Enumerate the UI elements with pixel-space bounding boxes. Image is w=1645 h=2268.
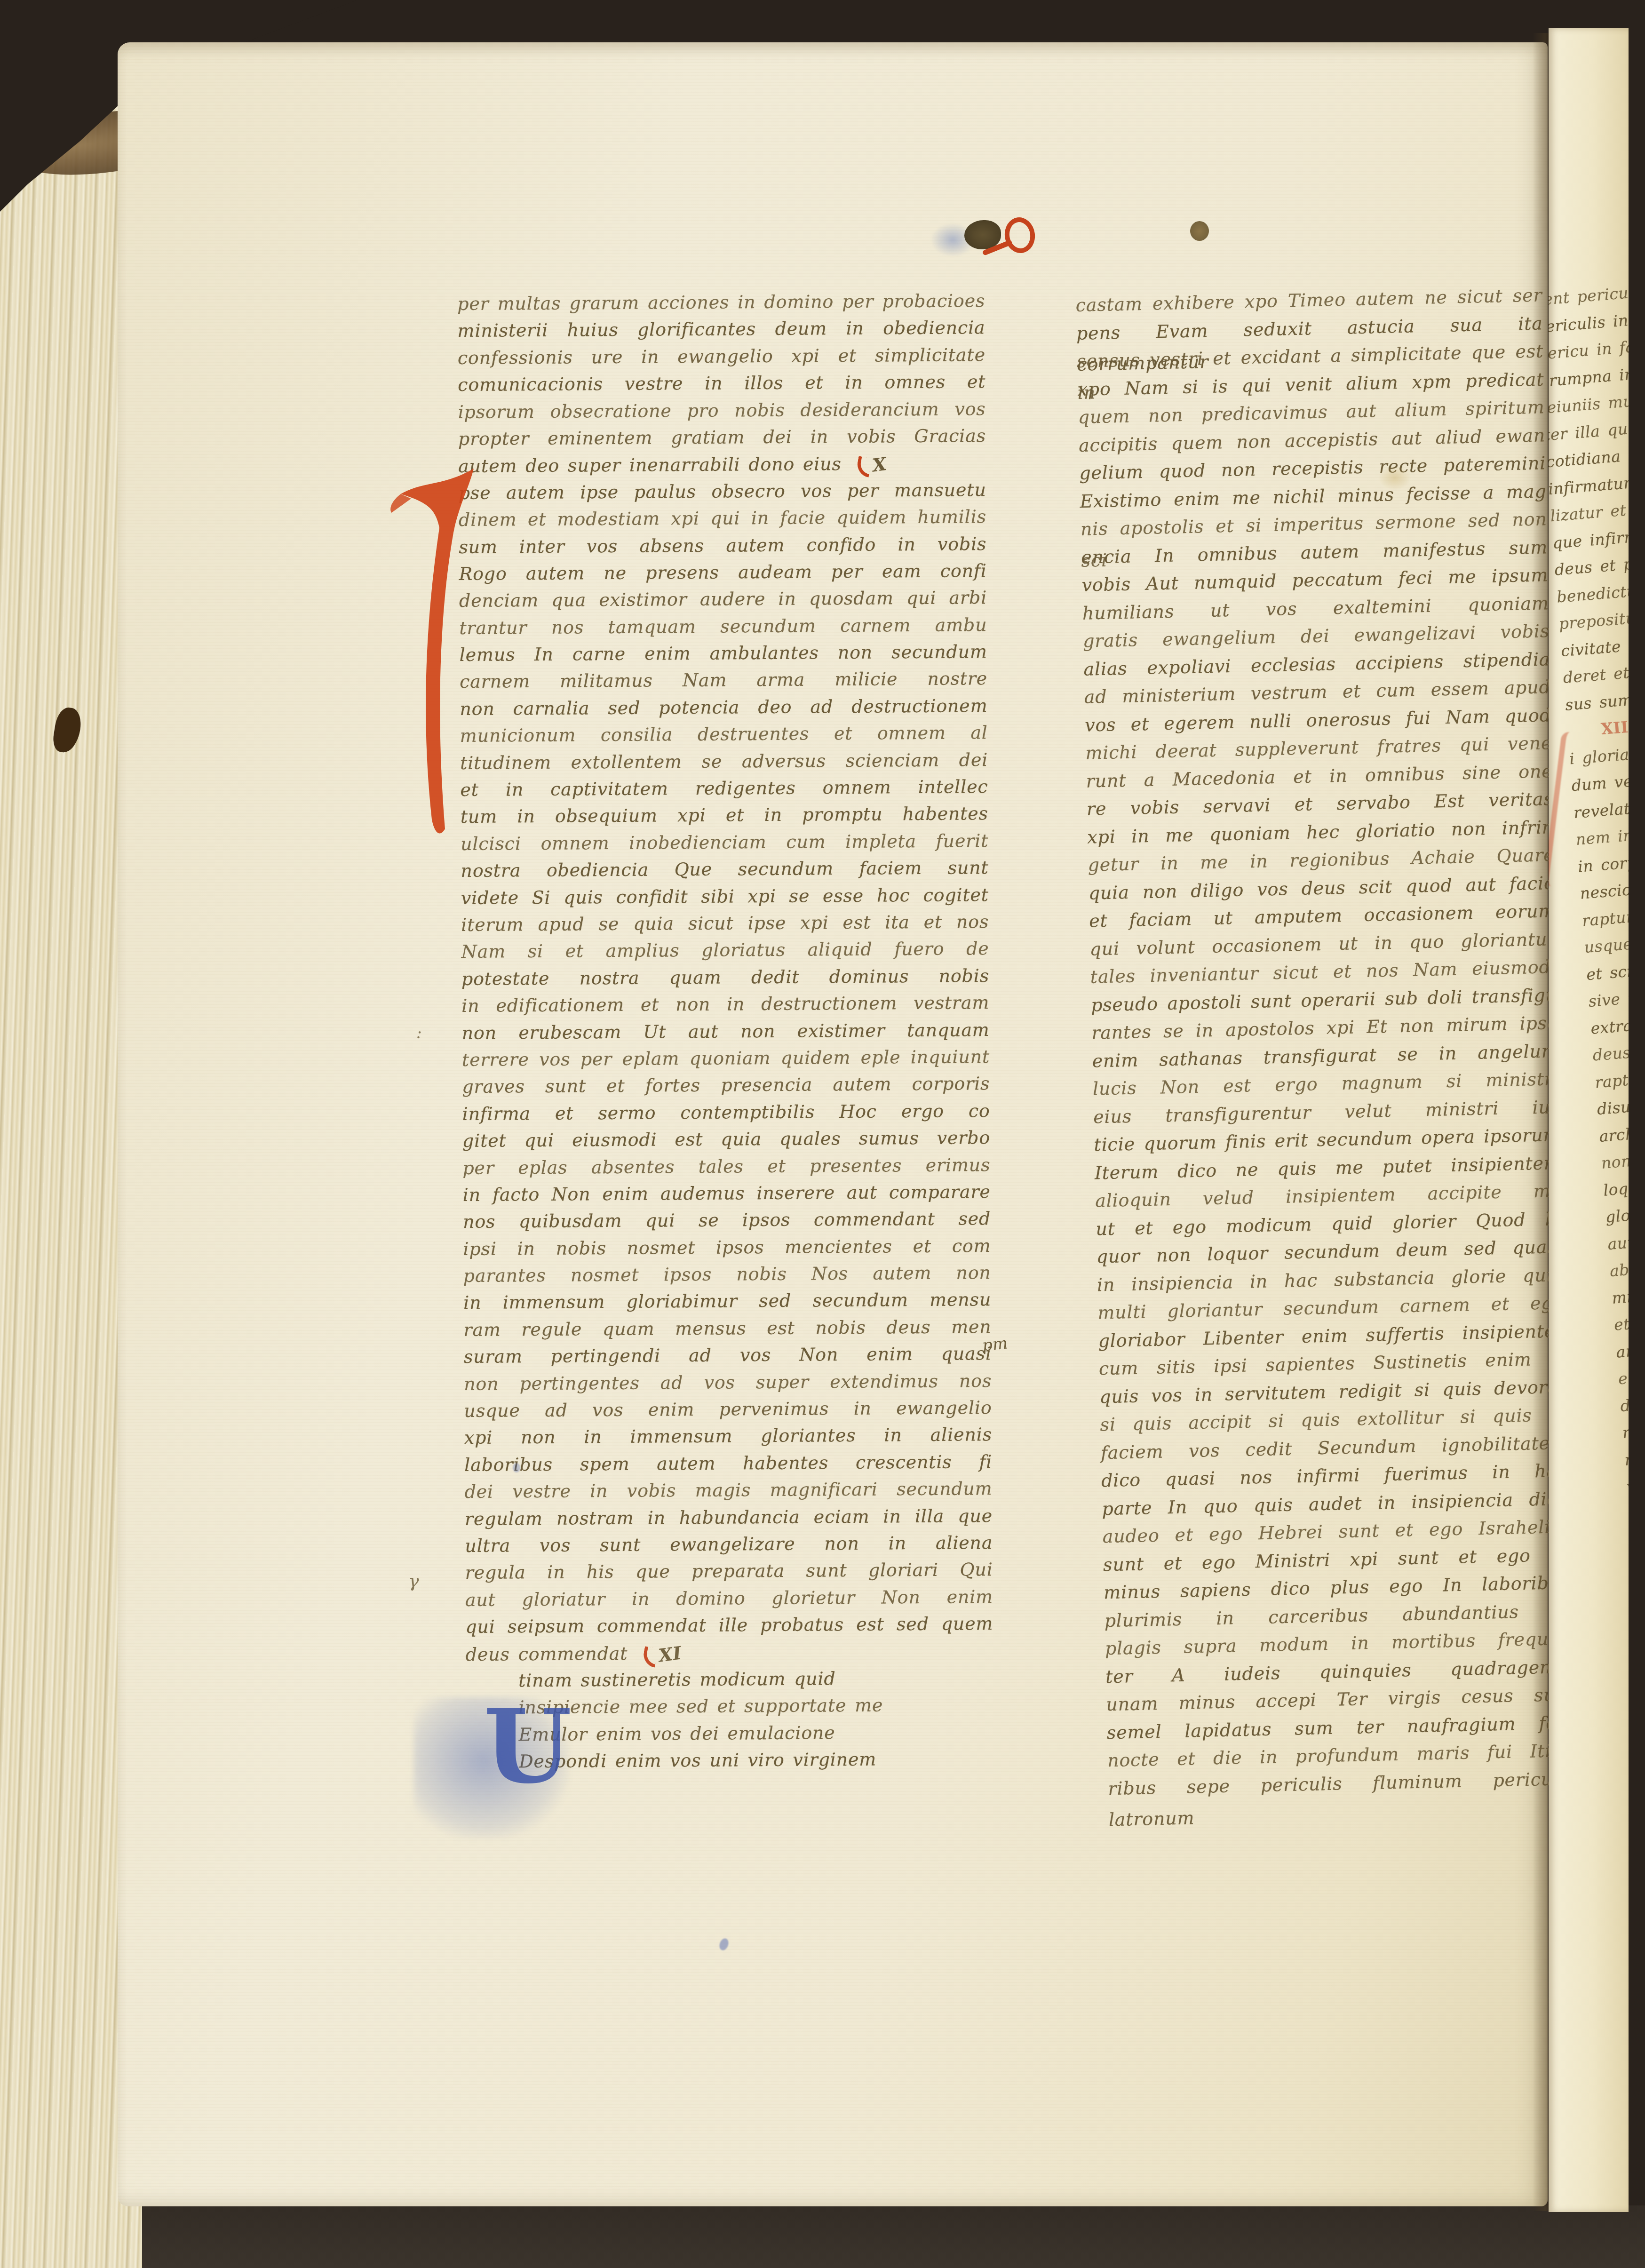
manuscript-line: deus commendatXI [466, 1638, 993, 1668]
manuscript-line: regulam nostram in habundancia eciam in … [465, 1503, 993, 1533]
manuscript-line: et in captivitatem redigentes omnem inte… [460, 773, 988, 804]
chapter-10-initial [387, 462, 481, 852]
manuscript-line: trantur nos tamquam secundum carnem ambu [459, 612, 987, 642]
chapter-11-numeral: XI [642, 1639, 683, 1671]
manuscript-line: dinem et modestiam xpi qui in facie quid… [459, 503, 986, 533]
manuscript-line: nostra obediencia Que secundum faciem su… [461, 854, 988, 884]
manuscript-line: non pertingentes ad vos super extendimus… [464, 1368, 992, 1398]
brown-spot [1190, 221, 1209, 241]
manuscript-line: propter eminentem gratiam dei in vobis G… [458, 422, 986, 453]
manuscript-line: videte Si quis confidit sibi xpi se esse… [461, 882, 989, 912]
chapter-10-numeral: X [856, 450, 888, 481]
manuscript-line: in facto Non enim audemus inserere aut c… [463, 1178, 991, 1209]
initial-letter-U: U [484, 1688, 572, 1806]
manuscript-line: aut gloriatur in domino glorietur Non en… [465, 1584, 993, 1614]
manuscript-line: parantes nosmet ipsos nobis Nos autem no… [463, 1259, 991, 1289]
blue-speck [513, 1463, 520, 1472]
manuscript-line: autem deo super inenarrabili dono eiusX [458, 449, 986, 479]
next-leaf-edge: gent periculis expericulis in solipericu… [1549, 28, 1629, 2212]
manuscript-line: potestate nostra quam dedit dominus nobi… [461, 963, 989, 993]
manuscript-line: ram regule quam mensus est nobis deus me… [463, 1313, 991, 1344]
manuscript-line: iterum apud se quia sicut ipse xpi est i… [461, 908, 989, 939]
manuscript-line: non carnalia sed potencia deo ad destruc… [460, 692, 987, 723]
left-text-column: per multas grarum acciones in domino per… [457, 287, 994, 1775]
manuscript-line: denciam qua existimor audere in quosdam … [459, 584, 987, 614]
margin-paraph-mark: : [414, 1023, 424, 1043]
manuscript-line: Rogo autem ne presens audeam per eam con… [459, 557, 987, 588]
red-ring-mark [1002, 215, 1037, 255]
manuscript-line: per multas grarum acciones in domino per… [457, 287, 985, 318]
manuscript-line: qui seipsum commendat ille probatus est … [465, 1610, 993, 1640]
margin-paraph-mark: γ [408, 1570, 419, 1591]
parchment-stain [1378, 466, 1411, 490]
manuscript-line: per eplas absentes tales et presentes er… [462, 1152, 990, 1182]
manuscript-line: ulcisci omnem inobedienciam cum impleta … [461, 828, 988, 858]
manuscript-line: graves sunt et fortes presencia autem co… [462, 1070, 990, 1100]
manuscript-line: in edificationem et non in destructionem… [461, 989, 989, 1019]
manuscript-line: tum in obsequium xpi et in promptu haben… [461, 801, 988, 831]
manuscript-line: usque ad vos enim pervenimus in ewangeli… [464, 1394, 992, 1424]
manuscript-line: laboribus spem autem habentes crescentis… [464, 1448, 992, 1479]
manuscript-line: xpi non in immensum gloriantes in alieni… [464, 1422, 992, 1452]
manuscript-line: sum inter vos absens autem confido in vo… [459, 531, 986, 561]
background-bottom-band [99, 2205, 1645, 2268]
manuscript-line: ipsorum obsecratione pro nobis desideran… [458, 396, 985, 426]
manuscript-page: U per multas grarum acciones in domino p… [118, 42, 1548, 2206]
manuscript-line: in immensum gloriabimur sed secundum men… [463, 1287, 991, 1317]
manuscript-line: terrere vos per eplam quoniam quidem epl… [462, 1043, 990, 1074]
manuscript-line: suram pertingendi ad vos Non enim quasi [464, 1340, 992, 1370]
manuscript-line: municionum consilia destruentes et omnem… [460, 719, 988, 749]
manuscript-line: gitet qui eiusmodi est quia quales sumus… [462, 1124, 990, 1154]
manuscript-line: ultra vos sunt ewangelizare non in alien… [465, 1529, 993, 1560]
manuscript-line: lemus In carne enim ambulantes non secun… [460, 638, 987, 668]
manuscript-line: non erubescam Ut aut non existimer tanqu… [461, 1017, 989, 1047]
manuscript-line: comunicacionis vestre in illos et in omn… [458, 368, 985, 398]
manuscript-line: infirma et sermo contemptibilis Hoc ergo… [462, 1098, 990, 1128]
manuscript-line: titudinem extollentem se adversus scienc… [460, 747, 988, 777]
marginal-gloss: pm [981, 1334, 1009, 1355]
chapter-11-initial: U [442, 1683, 583, 1838]
manuscript-line: Nam si et amplius gloriatus aliquid fuer… [461, 935, 989, 965]
manuscript-line: carnem militamus Nam arma milicie nostre [460, 666, 987, 696]
manuscript-line: regula in his que preparata sunt gloriar… [465, 1556, 993, 1586]
manuscript-line: confessionis ure in ewangelio xpi et sim… [458, 342, 985, 372]
right-text-column: castam exhibere xpo Timeo autem ne sicut… [1075, 281, 1575, 1803]
manuscript-line: nos quibusdam qui se ipsos commendant se… [463, 1205, 991, 1235]
manuscript-line: ipsi in nobis nosmet ipsos mencientes et… [463, 1233, 991, 1263]
manuscript-line: pse autem ipse paulus obsecro vos per ma… [458, 477, 986, 507]
quire-mark-ornament [930, 213, 1222, 269]
next-leaf-text: gent periculis expericulis in solipericu… [1549, 278, 1629, 1746]
manuscript-line: dei vestre in vobis magis magnificari se… [464, 1475, 992, 1505]
page-edge-shadow [1533, 33, 1550, 2211]
manuscript-photo: U per multas grarum acciones in domino p… [0, 0, 1645, 2268]
manuscript-line: ministerii huius glorificantes deum in o… [457, 315, 985, 345]
blue-speck [718, 1937, 730, 1952]
